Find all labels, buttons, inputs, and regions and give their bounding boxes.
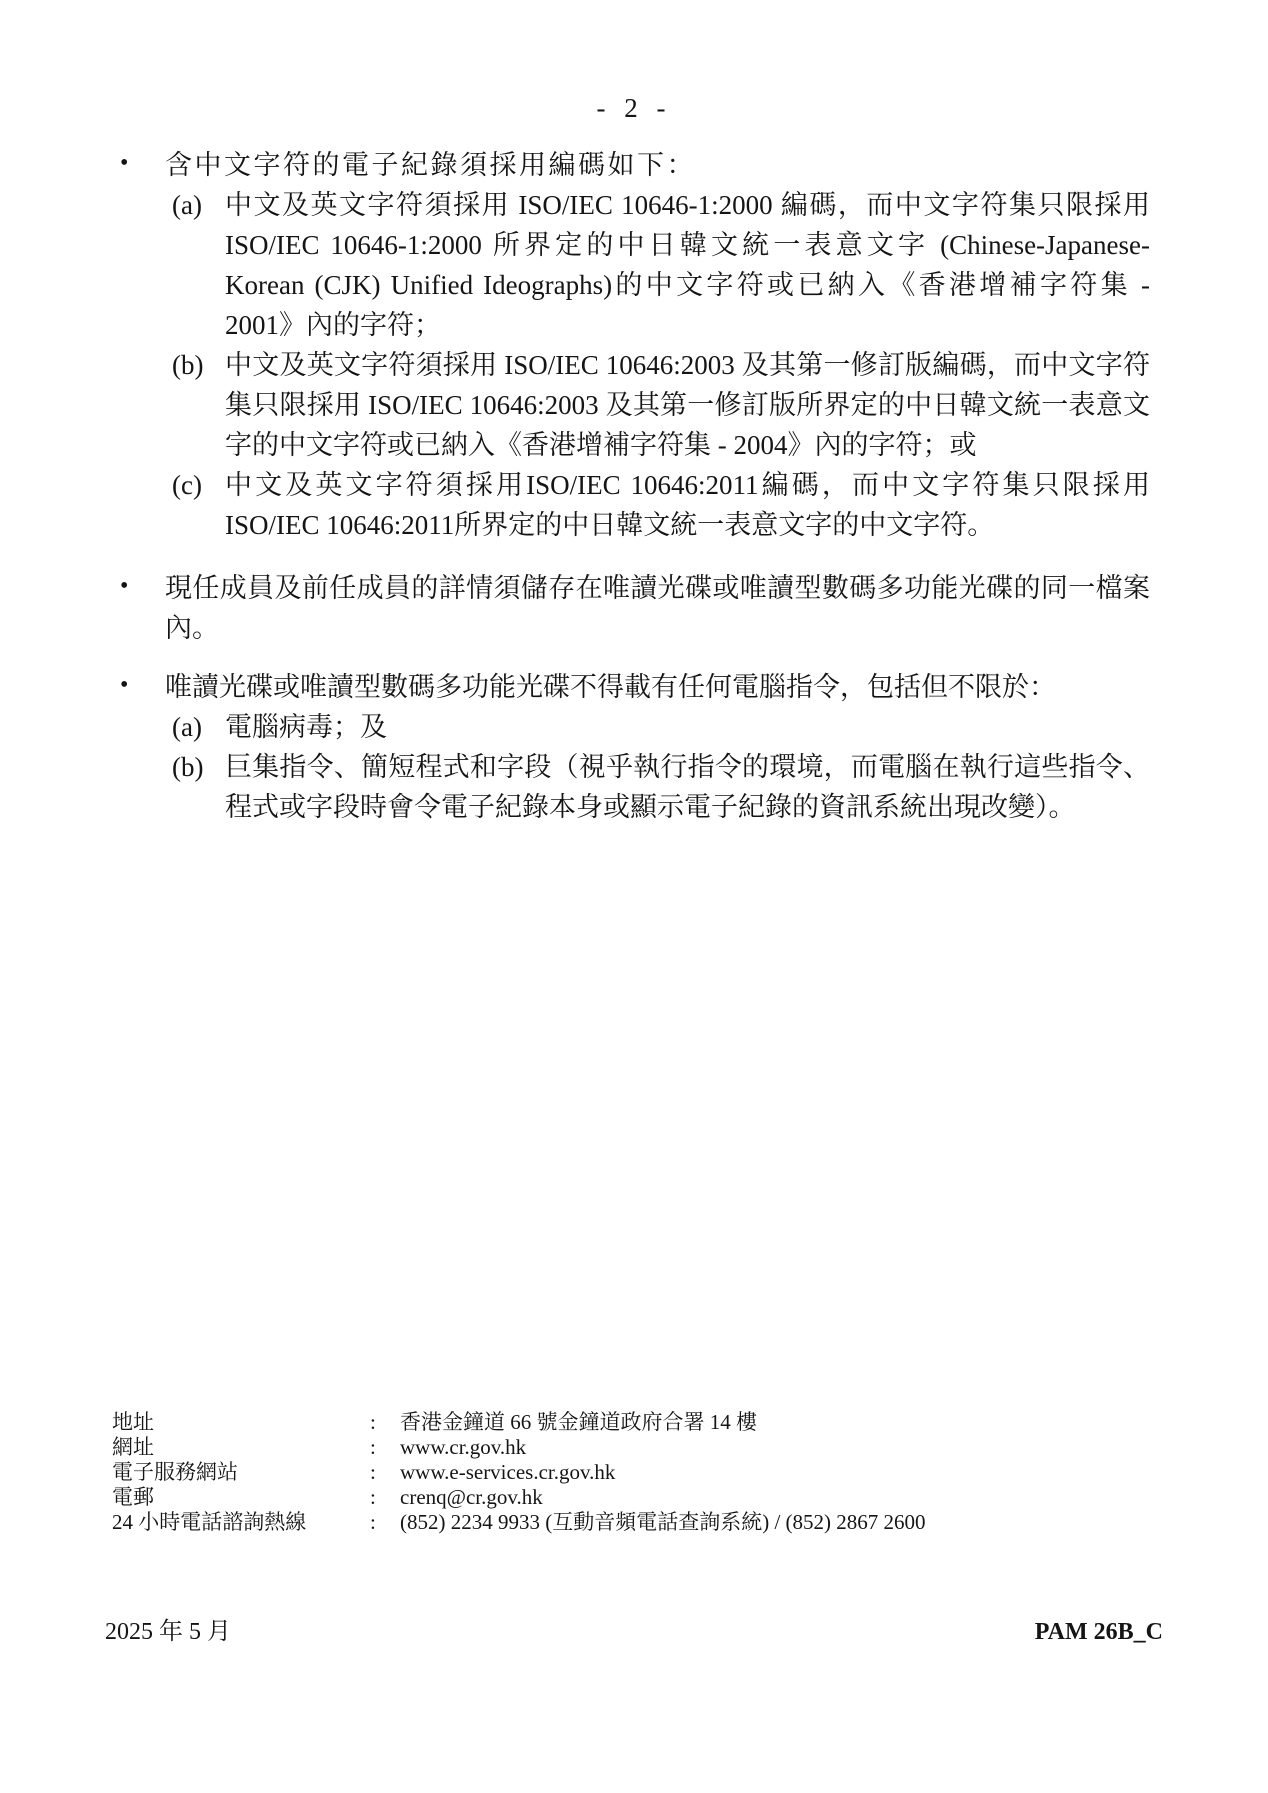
- subitem-a: (a) 中文及英文字符須採用 ISO/IEC 10646-1:2000 編碼，而…: [172, 185, 1150, 345]
- contact-row-email: 電郵 : crenq@cr.gov.hk: [112, 1485, 1168, 1510]
- contact-label: 地址: [112, 1410, 370, 1435]
- contact-row-eservices: 電子服務網站 : www.e-services.cr.gov.hk: [112, 1460, 1168, 1485]
- document-page: - 2 - • 含中文字符的電子紀錄須採用編碼如下： (a) 中文及英文字符須採…: [0, 0, 1268, 1793]
- contact-separator: :: [370, 1485, 400, 1510]
- contact-separator: :: [370, 1460, 400, 1485]
- subitem-label: (b): [172, 345, 225, 385]
- contact-label: 網址: [112, 1435, 370, 1460]
- bullet-icon: •: [120, 665, 128, 705]
- page-footer: 2025 年 5 月 PAM 26B_C: [105, 1617, 1163, 1647]
- sublist-encoding: (a) 中文及英文字符須採用 ISO/IEC 10646-1:2000 編碼，而…: [172, 185, 1150, 545]
- contact-separator: :: [370, 1435, 400, 1460]
- subitem-a: (a) 電腦病毒；及: [172, 707, 1150, 747]
- subitem-b: (b) 巨集指令、簡短程式和字段（視乎執行指令的環境，而電腦在執行這些指令、程式…: [172, 747, 1150, 827]
- subitem-label: (b): [172, 747, 225, 787]
- subitem-text: 中文及英文字符須採用ISO/IEC 10646:2011編碼，而中文字符集只限採…: [225, 465, 1150, 545]
- contact-info: 地址 : 香港金鐘道 66 號金鐘道政府合署 14 樓 網址 : www.cr.…: [112, 1410, 1168, 1535]
- subitem-b: (b) 中文及英文字符須採用 ISO/IEC 10646:2003 及其第一修訂…: [172, 345, 1150, 465]
- bullet-item-storage: • 現任成員及前任成員的詳情須儲存在唯讀光碟或唯讀型數碼多功能光碟的同一檔案內。: [115, 568, 1150, 648]
- bullet-icon: •: [120, 566, 128, 606]
- subitem-text: 電腦病毒；及: [225, 707, 1150, 747]
- form-code: PAM 26B_C: [1035, 1617, 1163, 1647]
- bullet-heading: 現任成員及前任成員的詳情須儲存在唯讀光碟或唯讀型數碼多功能光碟的同一檔案內。: [165, 568, 1150, 648]
- contact-separator: :: [370, 1410, 400, 1435]
- contact-separator: :: [370, 1510, 400, 1535]
- subitem-text: 巨集指令、簡短程式和字段（視乎執行指令的環境，而電腦在執行這些指令、程式或字段時…: [225, 747, 1150, 827]
- subitem-text: 中文及英文字符須採用 ISO/IEC 10646-1:2000 編碼，而中文字符…: [225, 185, 1150, 345]
- bullet-item-encoding: • 含中文字符的電子紀錄須採用編碼如下： (a) 中文及英文字符須採用 ISO/…: [115, 145, 1150, 545]
- contact-value: 香港金鐘道 66 號金鐘道政府合署 14 樓: [400, 1410, 1168, 1435]
- contact-label: 電子服務網站: [112, 1460, 370, 1485]
- sublist-no-instructions: (a) 電腦病毒；及 (b) 巨集指令、簡短程式和字段（視乎執行指令的環境，而電…: [172, 707, 1150, 827]
- subitem-text: 中文及英文字符須採用 ISO/IEC 10646:2003 及其第一修訂版編碼，…: [225, 345, 1150, 465]
- page-number: - 2 -: [0, 0, 1268, 128]
- subitem-label: (c): [172, 465, 225, 505]
- contact-value: (852) 2234 9933 (互動音頻電話查詢系統) / (852) 286…: [400, 1510, 1168, 1535]
- contact-label: 24 小時電話諮詢熱線: [112, 1510, 370, 1535]
- contact-row-website: 網址 : www.cr.gov.hk: [112, 1435, 1168, 1460]
- subitem-label: (a): [172, 707, 225, 747]
- subitem-label: (a): [172, 185, 225, 225]
- contact-row-address: 地址 : 香港金鐘道 66 號金鐘道政府合署 14 樓: [112, 1410, 1168, 1435]
- contact-value: crenq@cr.gov.hk: [400, 1485, 1168, 1510]
- subitem-c: (c) 中文及英文字符須採用ISO/IEC 10646:2011編碼，而中文字符…: [172, 465, 1150, 545]
- contact-value: www.e-services.cr.gov.hk: [400, 1460, 1168, 1485]
- contact-value: www.cr.gov.hk: [400, 1435, 1168, 1460]
- bullet-heading: 唯讀光碟或唯讀型數碼多功能光碟不得載有任何電腦指令，包括但不限於：: [165, 667, 1150, 707]
- publication-date: 2025 年 5 月: [105, 1617, 231, 1647]
- bullet-icon: •: [120, 143, 128, 183]
- document-body: • 含中文字符的電子紀錄須採用編碼如下： (a) 中文及英文字符須採用 ISO/…: [115, 145, 1150, 827]
- bullet-heading: 含中文字符的電子紀錄須採用編碼如下：: [165, 145, 1150, 185]
- contact-row-hotline: 24 小時電話諮詢熱線 : (852) 2234 9933 (互動音頻電話查詢系…: [112, 1510, 1168, 1535]
- contact-label: 電郵: [112, 1485, 370, 1510]
- bullet-item-no-instructions: • 唯讀光碟或唯讀型數碼多功能光碟不得載有任何電腦指令，包括但不限於： (a) …: [115, 667, 1150, 827]
